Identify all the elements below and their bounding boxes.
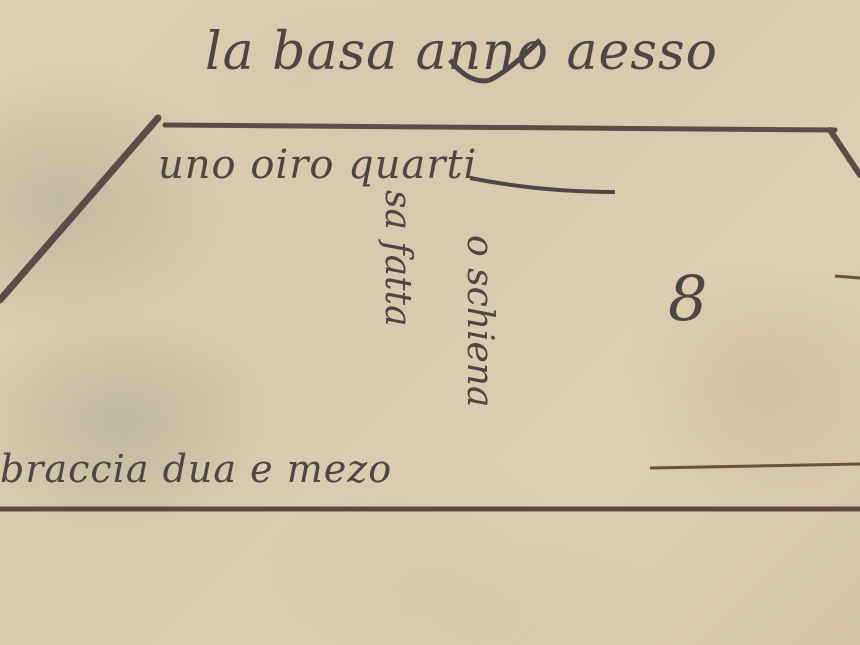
- vertical-text-right: o schiena: [459, 235, 500, 407]
- bottom-thin-line: [650, 464, 860, 468]
- top-text-line: la basa anno aesso: [205, 22, 718, 82]
- bottom-text-line: braccia dua e mezo: [0, 447, 392, 491]
- right-stub-line: [835, 276, 860, 278]
- vertical-text-left: sa fatta: [377, 190, 418, 327]
- top-edge-line: [165, 125, 835, 130]
- trapezoid-diagram: [0, 0, 860, 645]
- underline-stroke: [470, 178, 615, 192]
- left-edge-line: [0, 118, 158, 300]
- numeral-eight: 8: [668, 262, 708, 335]
- right-edge-line: [830, 130, 860, 175]
- upper-inside-text: uno oiro quarti: [158, 142, 477, 188]
